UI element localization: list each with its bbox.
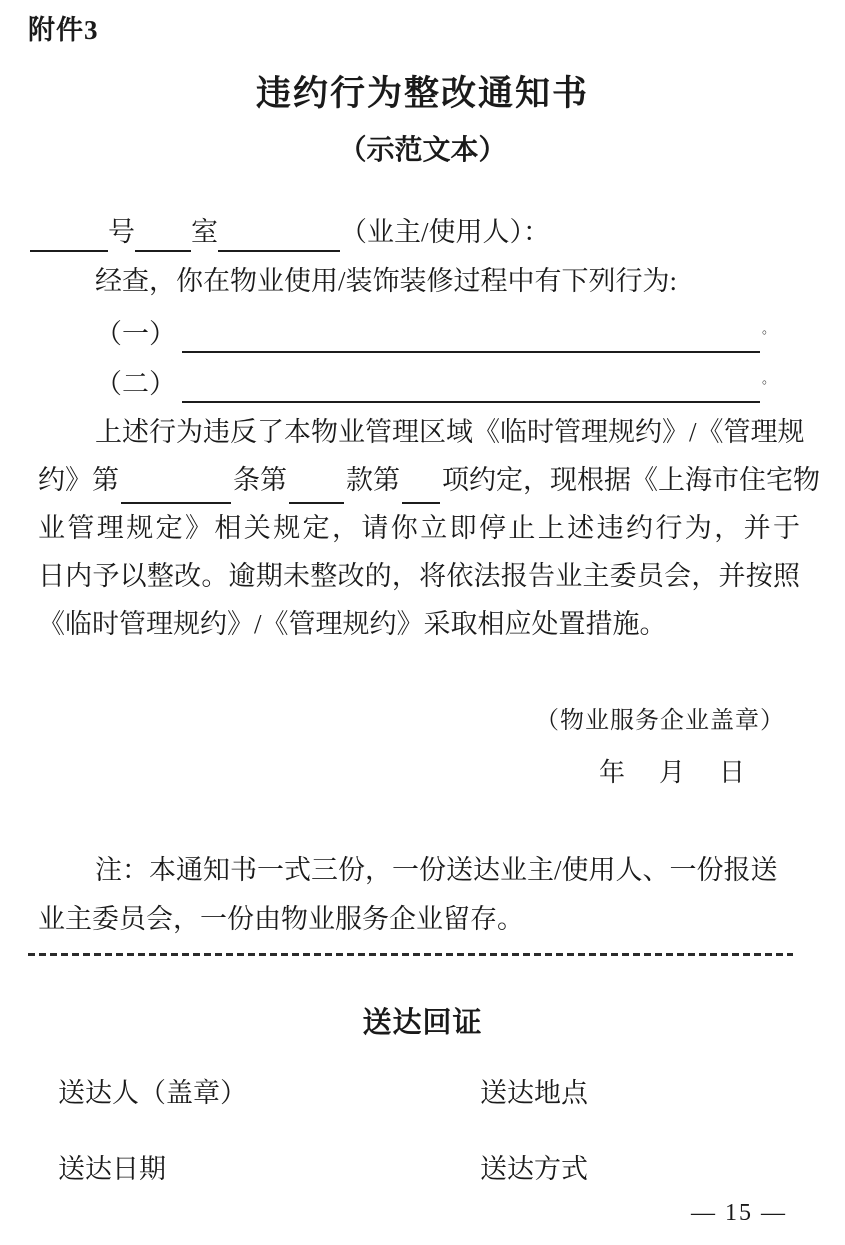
- delivery-method-label: 送达方式: [480, 1150, 800, 1188]
- intro-line: 经查，你在物业使用/装饰装修过程中有下列行为:: [95, 262, 800, 300]
- building-number-label: 号: [108, 217, 135, 247]
- body-line-5: 《临时管理规约》/《管理规约》采取相应处置措施。: [38, 600, 800, 648]
- paragraph-number-blank: [289, 468, 344, 504]
- receipt-title: 送达回证: [0, 1000, 845, 1041]
- addressee-suffix: （业主/使用人）：: [340, 217, 550, 247]
- note-line-2: 业主委员会，一份由物业服务企业留存。: [38, 895, 765, 944]
- clause-seg-3: 款第: [346, 465, 400, 495]
- note-block: 注：本通知书一式三份，一份送达业主/使用人、一份报送 业主委员会，一份由物业服务…: [38, 846, 765, 944]
- item-1-label: （一）: [95, 315, 176, 353]
- body-line-2: 约》第条第款第项约定，现根据《上海市住宅物: [38, 456, 800, 504]
- item-2-blank: [182, 369, 760, 403]
- addressee-line: 号室（业主/使用人）：: [30, 212, 805, 252]
- body-line-4: 日内予以整改。逾期未整改的，将依法报告业主委员会，并按照: [38, 552, 800, 600]
- receipt-row-2: 送达日期 送达方式: [58, 1150, 800, 1188]
- room-number-blank: [135, 220, 191, 252]
- month-label: 月: [659, 752, 685, 789]
- body-line-3: 业管理规定》相关规定，请你立即停止上述违约行为，并于: [38, 504, 800, 552]
- section-divider: [28, 953, 793, 956]
- company-seal-line: （物业服务企业盖章）: [535, 700, 785, 735]
- receipt-row-1: 送达人（盖章） 送达地点: [58, 1074, 800, 1112]
- document-subtitle: （示范文本）: [0, 128, 845, 168]
- delivery-date-label: 送达日期: [58, 1150, 480, 1188]
- body-line-1: 上述行为违反了本物业管理区域《临时管理规约》/《管理规: [38, 408, 800, 456]
- name-blank: [218, 220, 340, 252]
- page-number: — 15 —: [691, 1200, 787, 1227]
- article-number-blank: [121, 468, 231, 504]
- clause-seg-1: 约》第: [38, 465, 119, 495]
- room-number-label: 室: [191, 217, 218, 247]
- violation-item-2: （二） 。: [95, 360, 775, 403]
- item-2-period: 。: [760, 360, 775, 403]
- document-title: 违约行为整改通知书: [0, 66, 845, 116]
- item-1-period: 。: [760, 310, 775, 353]
- attachment-label: 附件3: [28, 8, 99, 47]
- item-1-blank: [182, 319, 760, 353]
- body-paragraph: 上述行为违反了本物业管理区域《临时管理规约》/《管理规 约》第条第款第项约定，现…: [38, 408, 800, 648]
- delivery-place-label: 送达地点: [480, 1074, 800, 1112]
- year-label: 年: [599, 752, 625, 789]
- building-number-blank: [30, 220, 108, 252]
- violation-item-1: （一） 。: [95, 310, 775, 353]
- deliverer-label: 送达人（盖章）: [58, 1074, 480, 1112]
- note-line-1: 注：本通知书一式三份，一份送达业主/使用人、一份报送: [38, 846, 765, 895]
- clause-seg-4: 项约定，现根据《上海市住宅物: [442, 465, 820, 495]
- clause-seg-2: 条第: [233, 465, 287, 495]
- day-label: 日: [719, 752, 745, 789]
- date-line: 年 月 日: [599, 752, 745, 789]
- notice-document: 附件3 违约行为整改通知书 （示范文本） 号室（业主/使用人）： 经查，你在物业…: [0, 0, 845, 1245]
- item-2-label: （二）: [95, 365, 176, 403]
- subitem-number-blank: [402, 468, 440, 504]
